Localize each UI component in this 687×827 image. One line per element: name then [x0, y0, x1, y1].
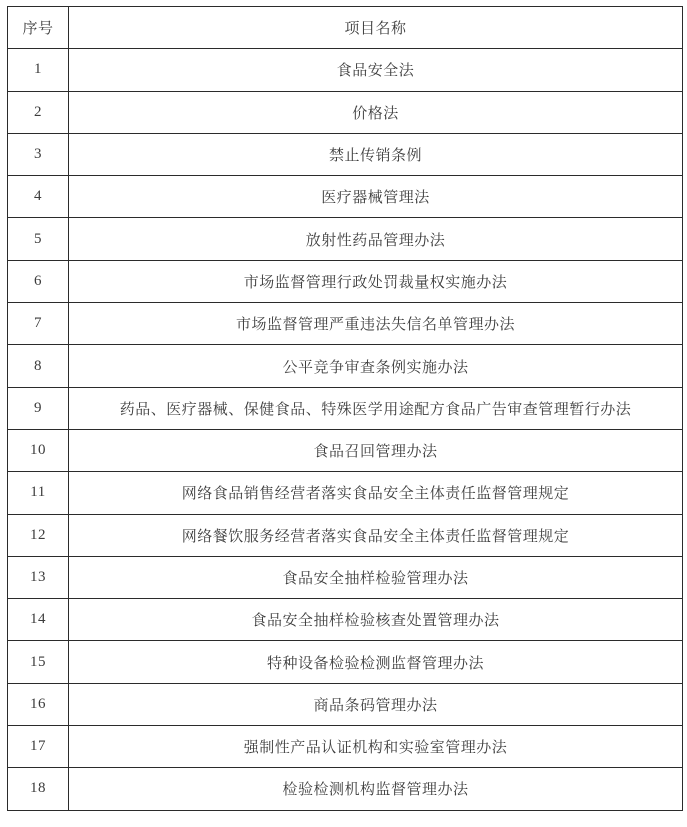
table-row: 15特种设备检验检测监督管理办法	[8, 641, 683, 683]
table-row: 13食品安全抽样检验管理办法	[8, 556, 683, 598]
table-row: 14食品安全抽样检验核查处置管理办法	[8, 599, 683, 641]
regulation-table-container: 序号 项目名称 1食品安全法2价格法3禁止传销条例4医疗器械管理法5放射性药品管…	[7, 6, 683, 811]
header-serial-number: 序号	[8, 7, 69, 49]
row-project-name: 商品条码管理办法	[69, 683, 683, 725]
row-project-name: 食品安全抽样检验管理办法	[69, 556, 683, 598]
header-project-name: 项目名称	[69, 7, 683, 49]
table-row: 16商品条码管理办法	[8, 683, 683, 725]
table-body: 1食品安全法2价格法3禁止传销条例4医疗器械管理法5放射性药品管理办法6市场监督…	[8, 49, 683, 810]
row-project-name: 网络餐饮服务经营者落实食品安全主体责任监督管理规定	[69, 514, 683, 556]
row-project-name: 药品、医疗器械、保健食品、特殊医学用途配方食品广告审查管理暂行办法	[69, 387, 683, 429]
table-row: 17强制性产品认证机构和实验室管理办法	[8, 726, 683, 768]
table-row: 5放射性药品管理办法	[8, 218, 683, 260]
row-project-name: 食品安全抽样检验核查处置管理办法	[69, 599, 683, 641]
row-serial-number: 9	[8, 387, 69, 429]
row-project-name: 禁止传销条例	[69, 133, 683, 175]
table-row: 2价格法	[8, 91, 683, 133]
row-serial-number: 13	[8, 556, 69, 598]
row-project-name: 医疗器械管理法	[69, 176, 683, 218]
row-serial-number: 11	[8, 472, 69, 514]
row-serial-number: 18	[8, 768, 69, 810]
table-row: 8公平竞争审查条例实施办法	[8, 345, 683, 387]
row-serial-number: 3	[8, 133, 69, 175]
table-row: 4医疗器械管理法	[8, 176, 683, 218]
row-serial-number: 10	[8, 429, 69, 471]
table-row: 6市场监督管理行政处罚裁量权实施办法	[8, 260, 683, 302]
row-project-name: 食品安全法	[69, 49, 683, 91]
row-serial-number: 17	[8, 726, 69, 768]
row-serial-number: 15	[8, 641, 69, 683]
row-serial-number: 16	[8, 683, 69, 725]
row-serial-number: 4	[8, 176, 69, 218]
row-serial-number: 8	[8, 345, 69, 387]
row-project-name: 市场监督管理严重违法失信名单管理办法	[69, 303, 683, 345]
row-project-name: 特种设备检验检测监督管理办法	[69, 641, 683, 683]
table-row: 3禁止传销条例	[8, 133, 683, 175]
row-project-name: 检验检测机构监督管理办法	[69, 768, 683, 810]
table-row: 7市场监督管理严重违法失信名单管理办法	[8, 303, 683, 345]
row-serial-number: 12	[8, 514, 69, 556]
row-project-name: 网络食品销售经营者落实食品安全主体责任监督管理规定	[69, 472, 683, 514]
row-project-name: 放射性药品管理办法	[69, 218, 683, 260]
table-row: 12网络餐饮服务经营者落实食品安全主体责任监督管理规定	[8, 514, 683, 556]
table-row: 9药品、医疗器械、保健食品、特殊医学用途配方食品广告审查管理暂行办法	[8, 387, 683, 429]
table-row: 11网络食品销售经营者落实食品安全主体责任监督管理规定	[8, 472, 683, 514]
table-row: 1食品安全法	[8, 49, 683, 91]
table-header: 序号 项目名称	[8, 7, 683, 49]
row-project-name: 价格法	[69, 91, 683, 133]
row-serial-number: 14	[8, 599, 69, 641]
row-project-name: 强制性产品认证机构和实验室管理办法	[69, 726, 683, 768]
row-serial-number: 2	[8, 91, 69, 133]
table-row: 10食品召回管理办法	[8, 429, 683, 471]
row-serial-number: 6	[8, 260, 69, 302]
row-serial-number: 5	[8, 218, 69, 260]
table-row: 18检验检测机构监督管理办法	[8, 768, 683, 810]
row-serial-number: 1	[8, 49, 69, 91]
row-project-name: 市场监督管理行政处罚裁量权实施办法	[69, 260, 683, 302]
table-header-row: 序号 项目名称	[8, 7, 683, 49]
row-serial-number: 7	[8, 303, 69, 345]
row-project-name: 食品召回管理办法	[69, 429, 683, 471]
regulation-table: 序号 项目名称 1食品安全法2价格法3禁止传销条例4医疗器械管理法5放射性药品管…	[7, 6, 683, 811]
row-project-name: 公平竞争审查条例实施办法	[69, 345, 683, 387]
